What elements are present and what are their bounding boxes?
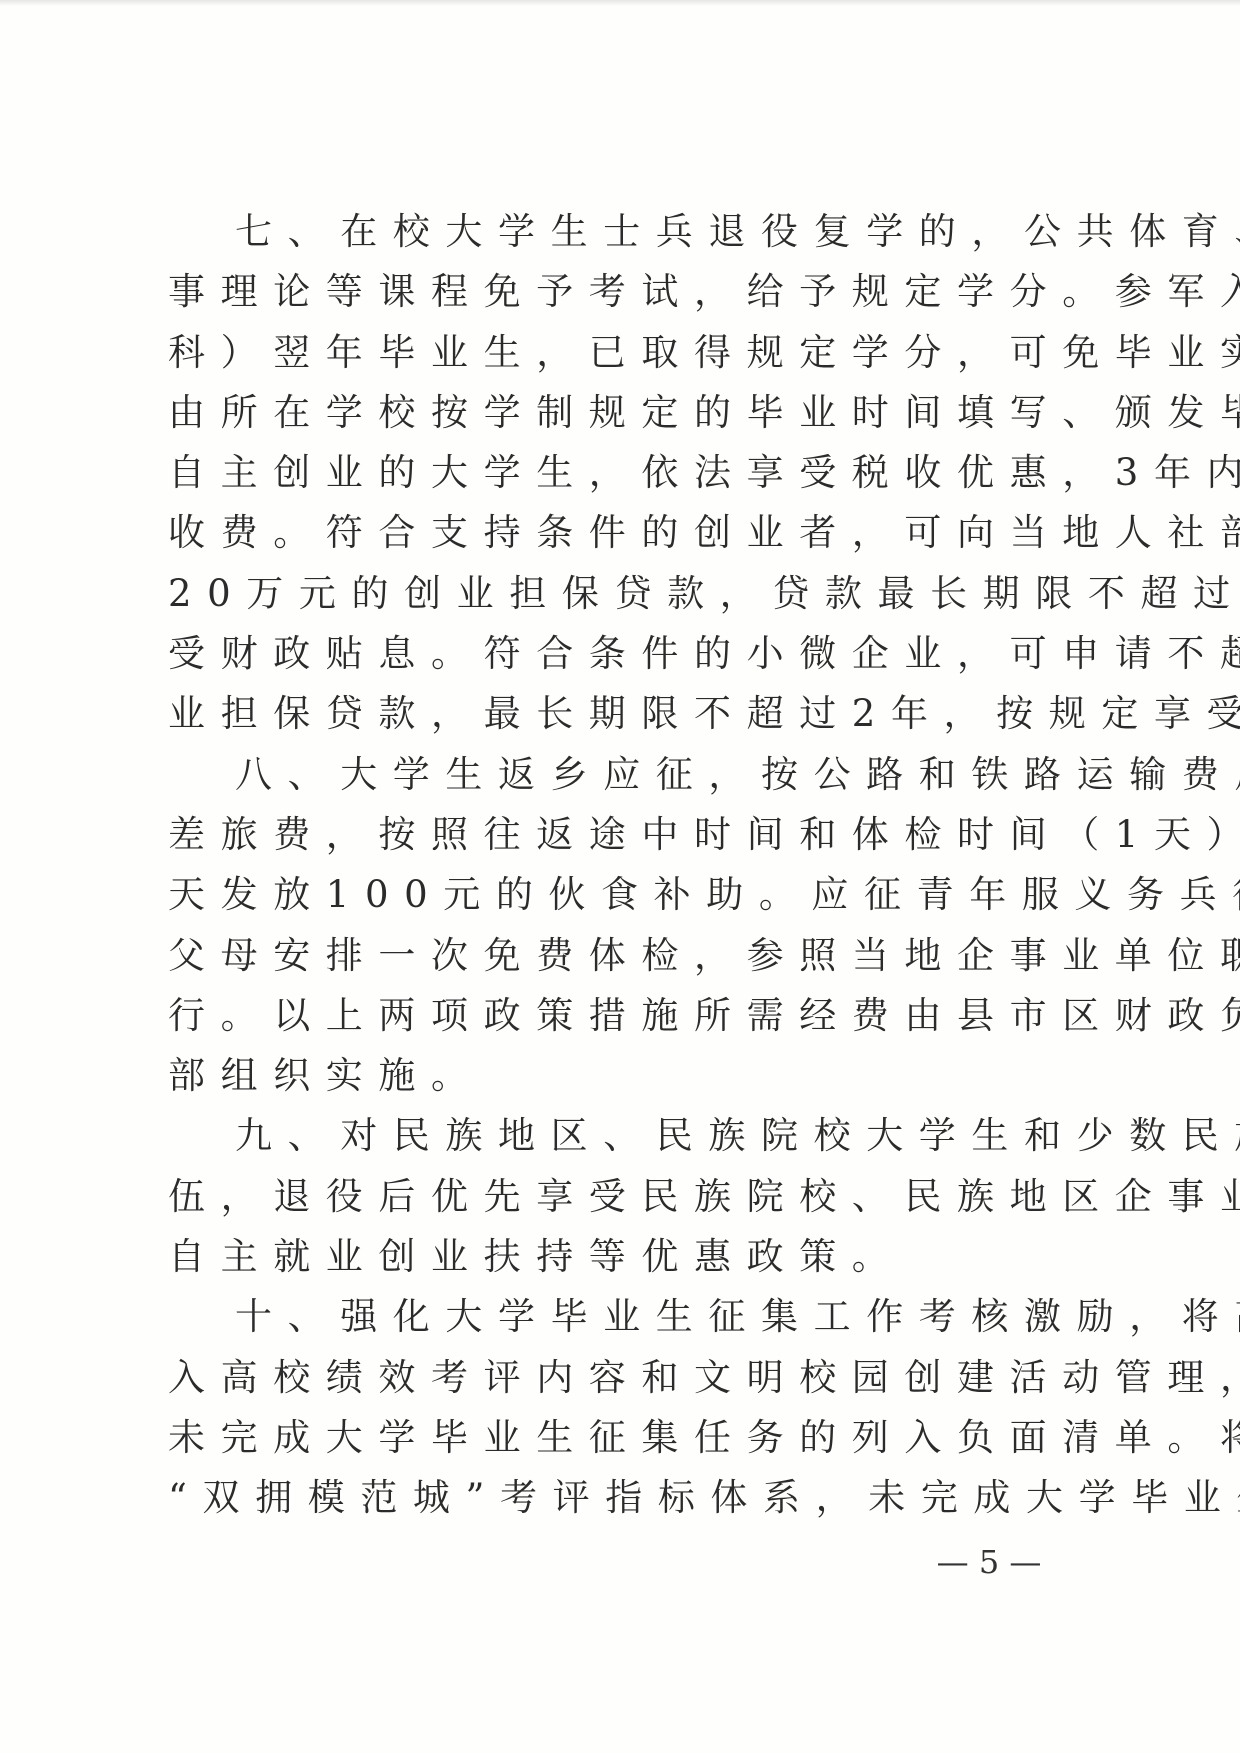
paragraph-item-10: 十、强化大学毕业生征集工作考核激励，将高校征兵工作纳 入高校绩效考评内容和文明校… <box>168 1287 1078 1528</box>
text-line: 业担保贷款，最长期限不超过2年，按规定享受财政贴息。 <box>168 684 1078 744</box>
text-line: 八、大学生返乡应征，按公路和铁路运输费用标准核算报销 <box>168 745 1078 805</box>
paragraph-item-8: 八、大学生返乡应征，按公路和铁路运输费用标准核算报销 差旅费，按照往返途中时间和… <box>168 745 1078 1107</box>
text-line: 十、强化大学毕业生征集工作考核激励，将高校征兵工作纳 <box>168 1287 1078 1347</box>
text-line: “双拥模范城”考评指标体系，未完成大学毕业生征集任务的市 <box>168 1468 1078 1528</box>
paragraph-item-7: 七、在校大学生士兵退役复学的，公共体育、军事技能和军 事理论等课程免予考试，给予… <box>168 202 1078 745</box>
text-line: 未完成大学毕业生征集任务的列入负面清单。将征兵工作纳入 <box>168 1408 1078 1468</box>
text-line: 父母安排一次免费体检，参照当地企事业单位职工体检标准执 <box>168 926 1078 986</box>
text-line: 部组织实施。 <box>168 1046 1078 1106</box>
text-line: 差旅费，按照往返途中时间和体检时间（1天）累计天数每人每 <box>168 805 1078 865</box>
text-line: 事理论等课程免予考试，给予规定学分。参军入伍的高职（专 <box>168 262 1078 322</box>
text-line: 20万元的创业担保贷款，贷款最长期限不超过3年，按规定享 <box>168 564 1078 624</box>
text-line: 自主创业的大学生，依法享受税收优惠，3年内免缴行政事业性 <box>168 443 1078 503</box>
text-line: 九、对民族地区、民族院校大学生和少数民族大学生参军入 <box>168 1106 1078 1166</box>
paragraph-item-9: 九、对民族地区、民族院校大学生和少数民族大学生参军入 伍，退役后优先享受民族院校… <box>168 1106 1078 1287</box>
text-line: 七、在校大学生士兵退役复学的，公共体育、军事技能和军 <box>168 202 1078 262</box>
text-line: 行。以上两项政策措施所需经费由县市区财政负担，县市区人武 <box>168 986 1078 1046</box>
text-line: 伍，退役后优先享受民族院校、民族地区企事业单位定向招录、 <box>168 1167 1078 1227</box>
text-line: 入高校绩效考评内容和文明校园创建活动管理，明确相应分值， <box>168 1348 1078 1408</box>
scan-edge-shadow <box>0 0 1240 6</box>
text-line: 自主就业创业扶持等优惠政策。 <box>168 1227 1078 1287</box>
text-line: 收费。符合支持条件的创业者，可向当地人社部门申请不超过 <box>168 503 1078 563</box>
text-line: 科）翌年毕业生，已取得规定学分，可免毕业实习，征集入伍时 <box>168 323 1078 383</box>
document-page: 七、在校大学生士兵退役复学的，公共体育、军事技能和军 事理论等课程免予考试，给予… <box>0 0 1240 1753</box>
text-line: 受财政贴息。符合条件的小微企业，可申请不超过300万元的创 <box>168 624 1078 684</box>
document-body: 七、在校大学生士兵退役复学的，公共体育、军事技能和军 事理论等课程免予考试，给予… <box>168 202 1078 1529</box>
page-number: — 5 — <box>928 1540 1050 1584</box>
text-line: 天发放100元的伙食补助。应征青年服义务兵役期间，每年为其 <box>168 865 1078 925</box>
text-line: 由所在学校按学制规定的毕业时间填写、颁发毕业证书。退役后 <box>168 383 1078 443</box>
